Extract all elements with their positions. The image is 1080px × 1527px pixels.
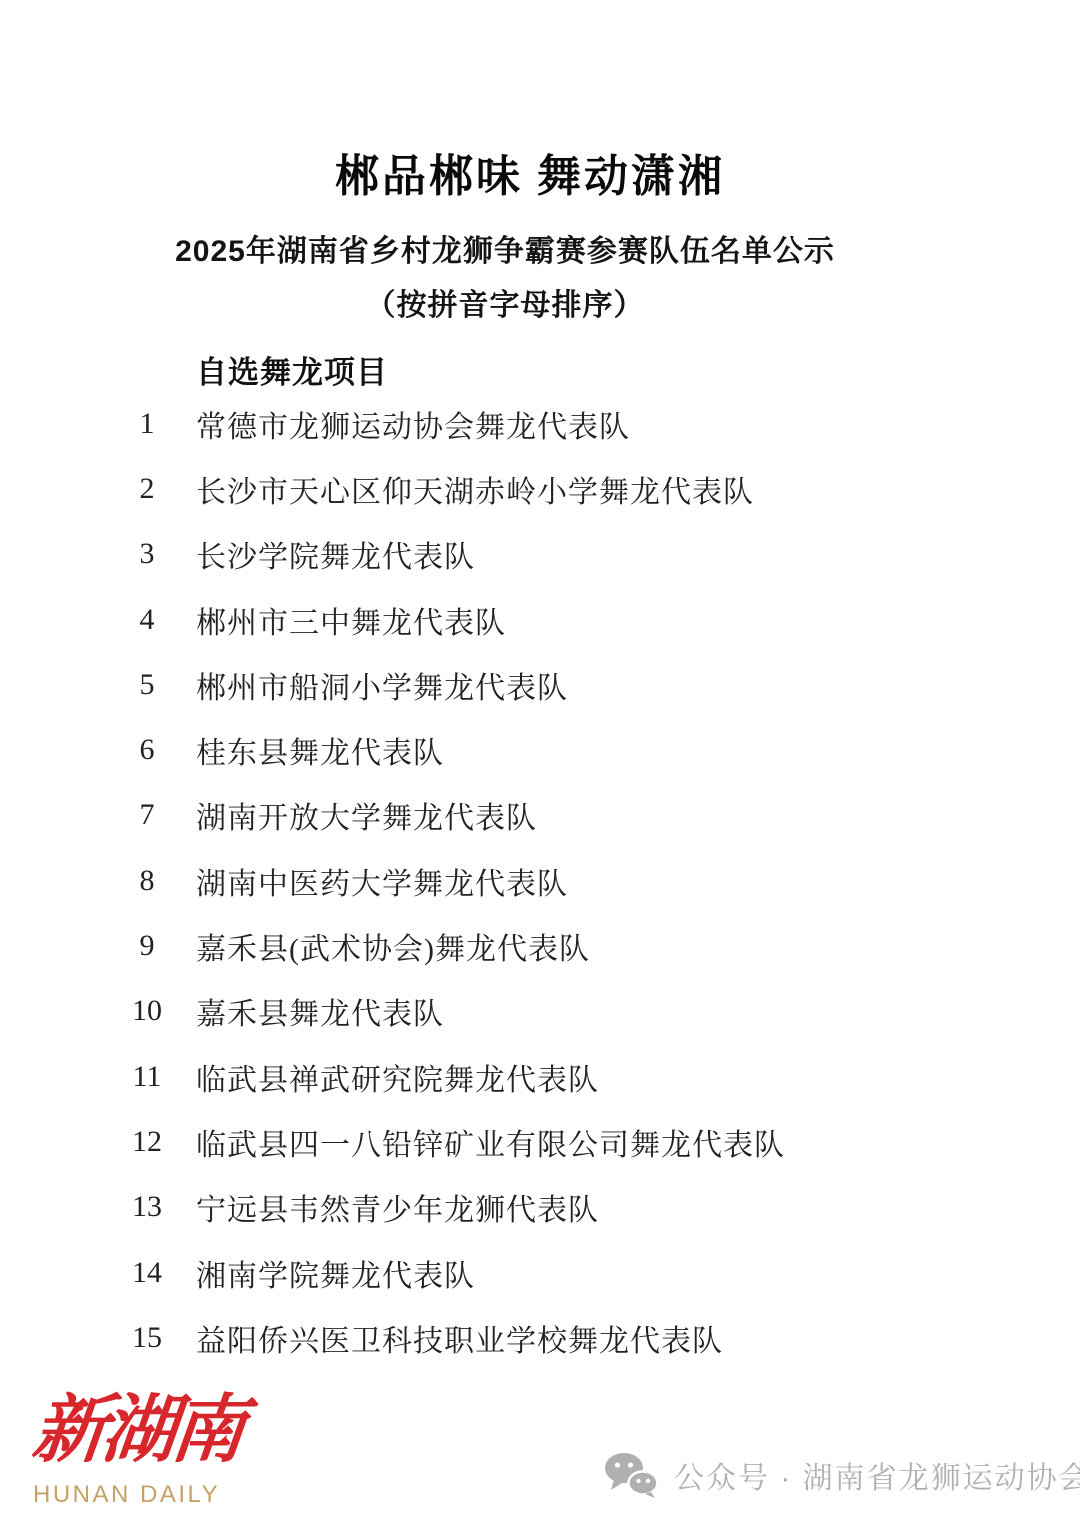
team-name: 宁远县韦然青少年龙狮代表队 xyxy=(196,1185,599,1229)
team-number: 9 xyxy=(128,929,166,963)
page-subtitle: 2025年湖南省乡村龙狮争霸赛参赛队伍名单公示 xyxy=(130,226,880,270)
team-row: 4 郴州市三中舞龙代表队 xyxy=(128,587,948,652)
team-name: 临武县四一八铅锌矿业有限公司舞龙代表队 xyxy=(196,1120,785,1164)
team-number: 15 xyxy=(128,1321,166,1355)
wechat-account-line: 公众号 · 湖南省龙狮运动协会 xyxy=(604,1452,1080,1498)
team-row: 5 郴州市船洞小学舞龙代表队 xyxy=(128,652,948,717)
team-row: 3 长沙学院舞龙代表队 xyxy=(128,522,948,587)
team-name: 常德市龙狮运动协会舞龙代表队 xyxy=(196,402,630,446)
team-number: 12 xyxy=(128,1125,166,1159)
team-row: 8 湖南中医药大学舞龙代表队 xyxy=(128,848,948,913)
team-row: 12 临武县四一八铅锌矿业有限公司舞龙代表队 xyxy=(128,1109,948,1174)
team-number: 6 xyxy=(128,733,166,767)
team-row: 14 湘南学院舞龙代表队 xyxy=(128,1240,948,1305)
wechat-icon xyxy=(604,1452,660,1498)
hunan-daily-logo: 新湖南 HUNAN DAILY xyxy=(33,1385,263,1509)
sort-order-note: （按拼音字母排序） xyxy=(130,280,880,324)
team-name: 郴州市船洞小学舞龙代表队 xyxy=(196,663,568,707)
announcement-page: 郴品郴味 舞动潇湘 2025年湖南省乡村龙狮争霸赛参赛队伍名单公示 （按拼音字母… xyxy=(0,0,1080,1527)
team-row: 15 益阳侨兴医卫科技职业学校舞龙代表队 xyxy=(128,1305,948,1370)
team-number: 8 xyxy=(128,864,166,898)
page-title: 郴品郴味 舞动潇湘 xyxy=(130,140,930,204)
team-name: 嘉禾县舞龙代表队 xyxy=(196,989,444,1033)
team-row: 9 嘉禾县(武术协会)舞龙代表队 xyxy=(128,913,948,978)
team-number: 14 xyxy=(128,1256,166,1290)
team-row: 7 湖南开放大学舞龙代表队 xyxy=(128,783,948,848)
team-row: 2 长沙市天心区仰天湖赤岭小学舞龙代表队 xyxy=(128,456,948,521)
team-row: 1 常德市龙狮运动协会舞龙代表队 xyxy=(128,391,948,456)
team-number: 2 xyxy=(128,472,166,506)
team-number: 3 xyxy=(128,537,166,571)
team-list: 1 常德市龙狮运动协会舞龙代表队 2 长沙市天心区仰天湖赤岭小学舞龙代表队 3 … xyxy=(128,391,948,1370)
team-name: 湘南学院舞龙代表队 xyxy=(196,1251,475,1295)
logo-latin-text: HUNAN DAILY xyxy=(33,1481,263,1509)
team-number: 1 xyxy=(128,407,166,441)
wechat-account-label: 公众号 · 湖南省龙狮运动协会 xyxy=(674,1453,1080,1497)
team-name: 湖南开放大学舞龙代表队 xyxy=(196,793,537,837)
team-name: 嘉禾县(武术协会)舞龙代表队 xyxy=(196,924,590,968)
team-row: 13 宁远县韦然青少年龙狮代表队 xyxy=(128,1175,948,1240)
team-row: 11 临武县禅武研究院舞龙代表队 xyxy=(128,1044,948,1109)
team-number: 11 xyxy=(128,1060,166,1094)
team-row: 10 嘉禾县舞龙代表队 xyxy=(128,979,948,1044)
team-number: 4 xyxy=(128,603,166,637)
team-row: 6 桂东县舞龙代表队 xyxy=(128,717,948,782)
team-name: 湖南中医药大学舞龙代表队 xyxy=(196,859,568,903)
team-name: 长沙学院舞龙代表队 xyxy=(196,532,475,576)
team-number: 5 xyxy=(128,668,166,702)
team-name: 临武县禅武研究院舞龙代表队 xyxy=(196,1055,599,1099)
team-number: 13 xyxy=(128,1190,166,1224)
team-name: 益阳侨兴医卫科技职业学校舞龙代表队 xyxy=(196,1316,723,1360)
team-name: 长沙市天心区仰天湖赤岭小学舞龙代表队 xyxy=(196,467,754,511)
team-number: 10 xyxy=(128,994,166,1028)
team-number: 7 xyxy=(128,798,166,832)
team-name: 郴州市三中舞龙代表队 xyxy=(196,598,506,642)
section-heading: 自选舞龙项目 xyxy=(196,347,388,392)
logo-hanzi-text: 新湖南 xyxy=(28,1385,268,1477)
team-name: 桂东县舞龙代表队 xyxy=(196,728,444,772)
